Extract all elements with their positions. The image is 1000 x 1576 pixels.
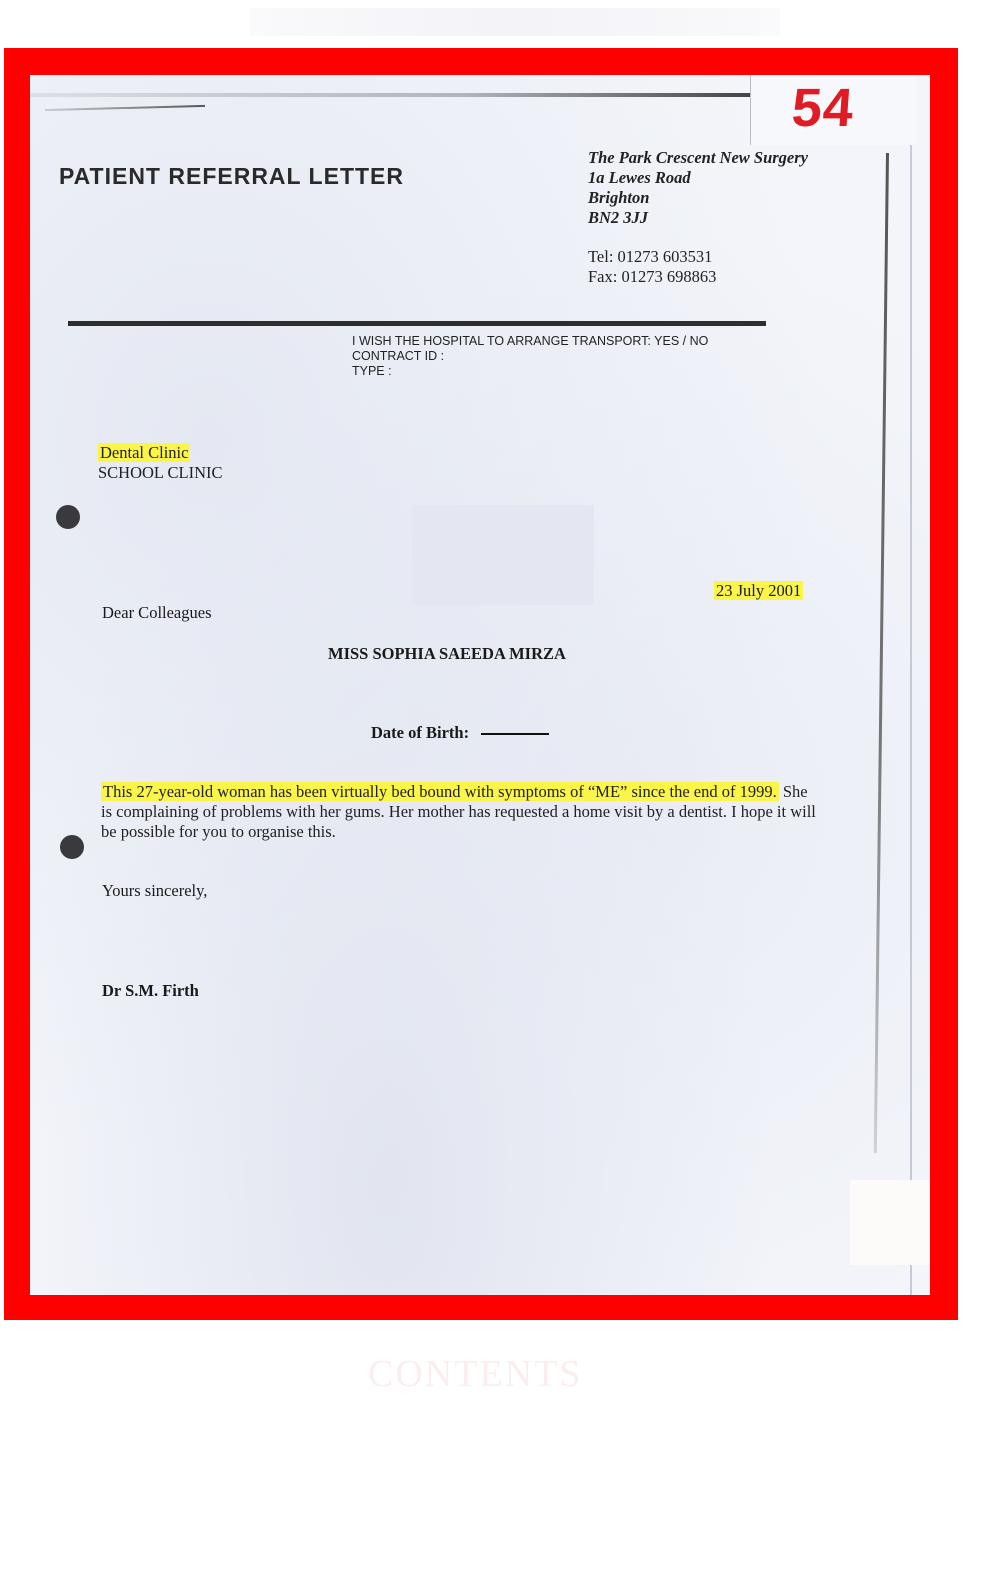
recipient-clinic-highlighted: Dental Clinic <box>98 443 190 462</box>
address-line: Brighton <box>588 188 808 208</box>
dob-label: Date of Birth: <box>371 723 469 742</box>
transport-type: TYPE : <box>352 364 708 379</box>
scan-top-rule <box>30 93 750 97</box>
telephone: Tel: 01273 603531 <box>588 247 716 267</box>
redacted-area <box>412 505 594 605</box>
date-of-birth: Date of Birth: <box>371 723 549 743</box>
address-line: 1a Lewes Road <box>588 168 808 188</box>
header-divider <box>68 321 766 326</box>
patient-name: MISS SOPHIA SAEEDA MIRZA <box>328 644 566 664</box>
paper-patch <box>850 1180 930 1265</box>
body-highlighted: This 27-year-old woman has been virtuall… <box>101 782 779 801</box>
address-line: BN2 3JJ <box>588 208 808 228</box>
recipient-clinic: SCHOOL CLINIC <box>98 463 223 483</box>
transport-section: I WISH THE HOSPITAL TO ARRANGE TRANSPORT… <box>352 334 708 379</box>
signature: Dr S.M. Firth <box>102 981 199 1001</box>
surgery-address: The Park Crescent New Surgery 1a Lewes R… <box>588 148 808 228</box>
letter-body: This 27-year-old woman has been virtuall… <box>101 782 821 842</box>
recipient: Dental Clinic SCHOOL CLINIC <box>98 443 223 483</box>
scanned-letter-page: 54 PATIENT REFERRAL LETTER The Park Cres… <box>30 75 930 1295</box>
letter-date: 23 July 2001 <box>714 581 803 601</box>
fax: Fax: 01273 698863 <box>588 267 716 287</box>
dob-blank-line <box>481 733 549 735</box>
page-edge-line <box>910 75 912 1295</box>
page-number: 54 <box>790 77 856 139</box>
surgery-contact: Tel: 01273 603531 Fax: 01273 698863 <box>588 247 716 287</box>
punch-hole <box>60 835 84 859</box>
letter-title: PATIENT REFERRAL LETTER <box>59 163 404 190</box>
salutation: Dear Colleagues <box>102 603 212 623</box>
scan-texture <box>30 75 930 1295</box>
address-line: The Park Crescent New Surgery <box>588 148 808 168</box>
bleed-through-text: CONTENTS <box>368 1355 588 1393</box>
contract-id: CONTRACT ID : <box>352 349 708 364</box>
closing: Yours sincerely, <box>102 881 207 901</box>
punch-hole <box>56 505 80 529</box>
bleed-through-header <box>250 8 780 36</box>
transport-request: I WISH THE HOSPITAL TO ARRANGE TRANSPORT… <box>352 334 708 349</box>
